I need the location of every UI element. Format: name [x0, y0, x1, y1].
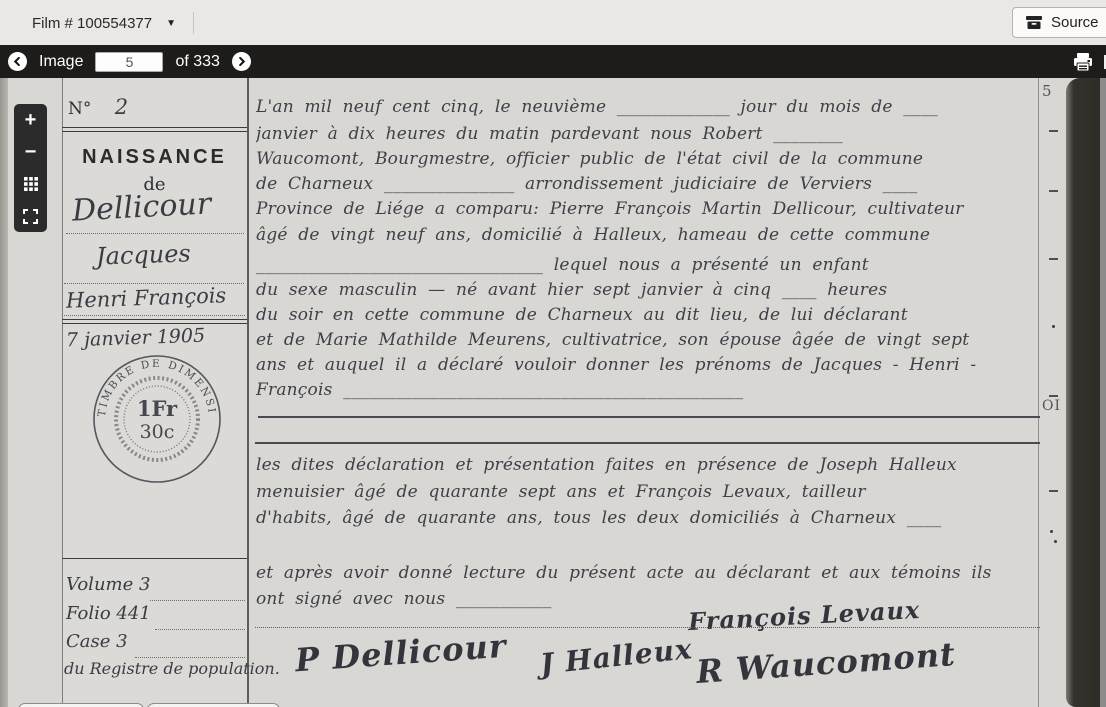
- margin-given-names-1: Jacques: [96, 239, 192, 270]
- fullscreen-button[interactable]: [14, 200, 47, 232]
- margin-rule: [62, 131, 247, 132]
- revenue-stamp: TIMBRE DE DIMENSION 1Fr 30c: [90, 352, 224, 486]
- margin-dotted-rule: [64, 315, 245, 316]
- margin-surname: Dellicour: [71, 186, 212, 228]
- margin-folio: Folio 441: [66, 603, 151, 624]
- chevron-left-icon: [13, 57, 22, 66]
- page-edge-dot: [1050, 530, 1053, 533]
- source-button[interactable]: Source: [1012, 7, 1106, 38]
- print-button[interactable]: [1072, 51, 1094, 73]
- plus-icon: +: [25, 109, 37, 132]
- margin-dotted-rule: [150, 600, 245, 601]
- film-label: Film # 100554377: [32, 15, 152, 32]
- caret-down-icon: ▼: [166, 18, 176, 29]
- page-edge-tick: [1049, 190, 1058, 192]
- margin-case: Case 3: [66, 631, 128, 652]
- page-edge-tick: [1049, 490, 1058, 492]
- stamp-value-top: 1Fr: [137, 396, 178, 421]
- bottom-tool-tab[interactable]: [18, 703, 144, 707]
- margin-dotted-rule: [155, 629, 245, 630]
- page-edge-tick: [1049, 395, 1058, 397]
- margin-dotted-rule: [66, 233, 244, 234]
- topbar-divider: [193, 12, 194, 34]
- page-edge-tick: [1049, 130, 1058, 132]
- minus-icon: −: [25, 141, 37, 164]
- zoom-out-button[interactable]: −: [14, 136, 47, 168]
- scanner-background-strip: [1100, 78, 1106, 707]
- image-number-input[interactable]: [95, 52, 163, 72]
- zoom-in-button[interactable]: +: [14, 104, 47, 136]
- next-image-button[interactable]: [232, 52, 251, 71]
- blank-rule: [258, 416, 1040, 418]
- act-number-label: N° 2: [68, 95, 128, 119]
- printer-icon: [1072, 51, 1094, 73]
- signature-separator-rule: [255, 627, 1040, 628]
- source-label: Source: [1051, 14, 1099, 31]
- page-right-fold-rule: [1038, 78, 1039, 707]
- blank-rule: [255, 442, 1040, 444]
- image-nav-bar: Image of 333: [0, 45, 1106, 78]
- act-number-value: 2: [115, 95, 128, 119]
- page-left-edge: [0, 78, 8, 707]
- top-bar: Film # 100554377 ▼ Source: [0, 0, 1106, 45]
- act-type-title: NAISSANCE: [62, 146, 247, 169]
- image-total-label: of 333: [175, 53, 219, 71]
- film-selector[interactable]: Film # 100554377 ▼: [22, 8, 186, 38]
- previous-image-button[interactable]: [8, 52, 27, 71]
- margin-rule: [62, 319, 247, 320]
- margin-rule: [62, 127, 247, 128]
- grid-view-button[interactable]: [14, 168, 47, 200]
- zoom-controls: + −: [14, 104, 47, 232]
- chevron-right-icon: [237, 57, 246, 66]
- page-edge-tick: [1049, 258, 1058, 260]
- margin-rule: [62, 323, 247, 324]
- margin-rule: [62, 558, 247, 559]
- stamp-value-bottom: 30c: [140, 421, 175, 443]
- page-edge-dot: [1054, 540, 1057, 543]
- fullscreen-icon: [23, 209, 38, 224]
- image-viewer-app: N° 2 NAISSANCE de Dellicour Jacques Henr…: [0, 0, 1106, 707]
- document-canvas[interactable]: N° 2 NAISSANCE de Dellicour Jacques Henr…: [0, 78, 1106, 707]
- page-edge-side-mark: OI: [1042, 398, 1061, 414]
- margin-dotted-rule: [135, 657, 245, 658]
- grid-icon: [24, 177, 38, 191]
- film-number: 100554377: [77, 15, 152, 32]
- page-edge-dot: [1052, 325, 1055, 328]
- book-gutter-shadow: [1066, 78, 1100, 707]
- bottom-tool-tab[interactable]: [147, 703, 280, 707]
- margin-volume: Volume 3: [66, 574, 150, 595]
- image-label: Image: [39, 53, 83, 71]
- margin-register: du Registre de population.: [64, 659, 280, 678]
- page-edge-top-mark: 5: [1042, 82, 1052, 100]
- archive-box-icon: [1025, 15, 1043, 30]
- margin-divider-rule: [247, 78, 249, 707]
- margin-left-rule: [62, 78, 63, 707]
